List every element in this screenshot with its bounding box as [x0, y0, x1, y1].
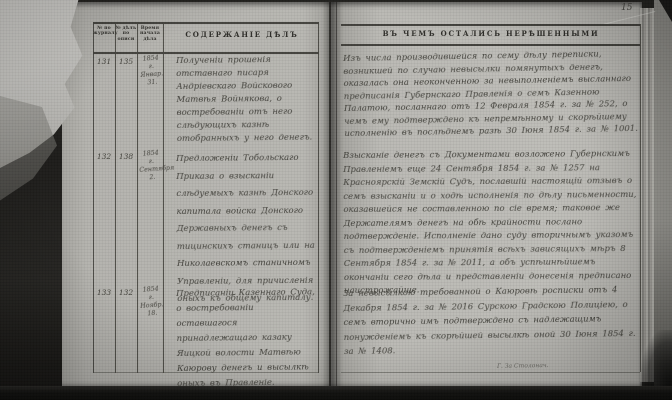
page-edge-stack [640, 8, 654, 382]
column-divider [115, 22, 116, 373]
date-year: 1854 г. [138, 149, 164, 167]
table-border-top [341, 24, 640, 26]
case-no-cell: 132 [116, 288, 136, 297]
journal-no-cell: 132 [94, 152, 114, 161]
date-cell: 1854 г. Сентября 2. [138, 149, 165, 183]
column-divider [137, 22, 138, 373]
folio-number: 15 [621, 3, 632, 13]
gutter-stitch-line [329, 2, 331, 388]
case-content: Предписаніи Казеннаго Суда, о востребова… [176, 285, 317, 392]
column-header-case-no: № дѣлъ по описи [115, 26, 137, 42]
date-year: 1854 г. [138, 285, 164, 303]
resolution-entry: За невысылкою требованной о Каюровѣ росп… [343, 283, 638, 360]
journal-no-cell: 133 [94, 288, 114, 297]
date-cell: 1854 г. Ноябр. 18. [138, 285, 165, 319]
photo-background-bottom [0, 386, 672, 400]
date-cell: 1854 г. Январ. 31. [138, 54, 165, 88]
right-page-header: ВЪ ЧЕМЪ ОСТАЛИСЬ НЕРѢШЕННЫМИ [349, 29, 633, 38]
column-header-contents: СОДЕРЖАНІЕ ДѢЛЪ [168, 30, 316, 39]
column-header-date: Время начала дѣла [137, 26, 163, 42]
date-year: 1854 г. [138, 54, 164, 72]
header-separator [341, 44, 640, 46]
table-border-right [640, 24, 641, 372]
book-gutter-shadow [322, 2, 342, 388]
resolution-entry: Взысканіе денегъ съ Документами возложен… [343, 148, 638, 299]
table-border-bottom [341, 372, 640, 373]
case-content: Полученіи прошенія отставнаго писаря Анд… [176, 54, 317, 146]
journal-no-cell: 131 [94, 57, 114, 66]
table-border-top [93, 22, 319, 24]
register-photo: № по журналу № дѣлъ по описи Время начал… [0, 0, 672, 400]
table-border-right [318, 22, 319, 373]
column-header-journal-no: № по журналу [93, 26, 115, 37]
resolution-entry: Изъ числа производившейся по сему дѣлу п… [343, 48, 638, 141]
case-no-cell: 135 [116, 57, 136, 66]
table-border-left [93, 22, 94, 373]
gutter-stitch-line [336, 2, 337, 388]
case-no-cell: 138 [116, 152, 136, 161]
